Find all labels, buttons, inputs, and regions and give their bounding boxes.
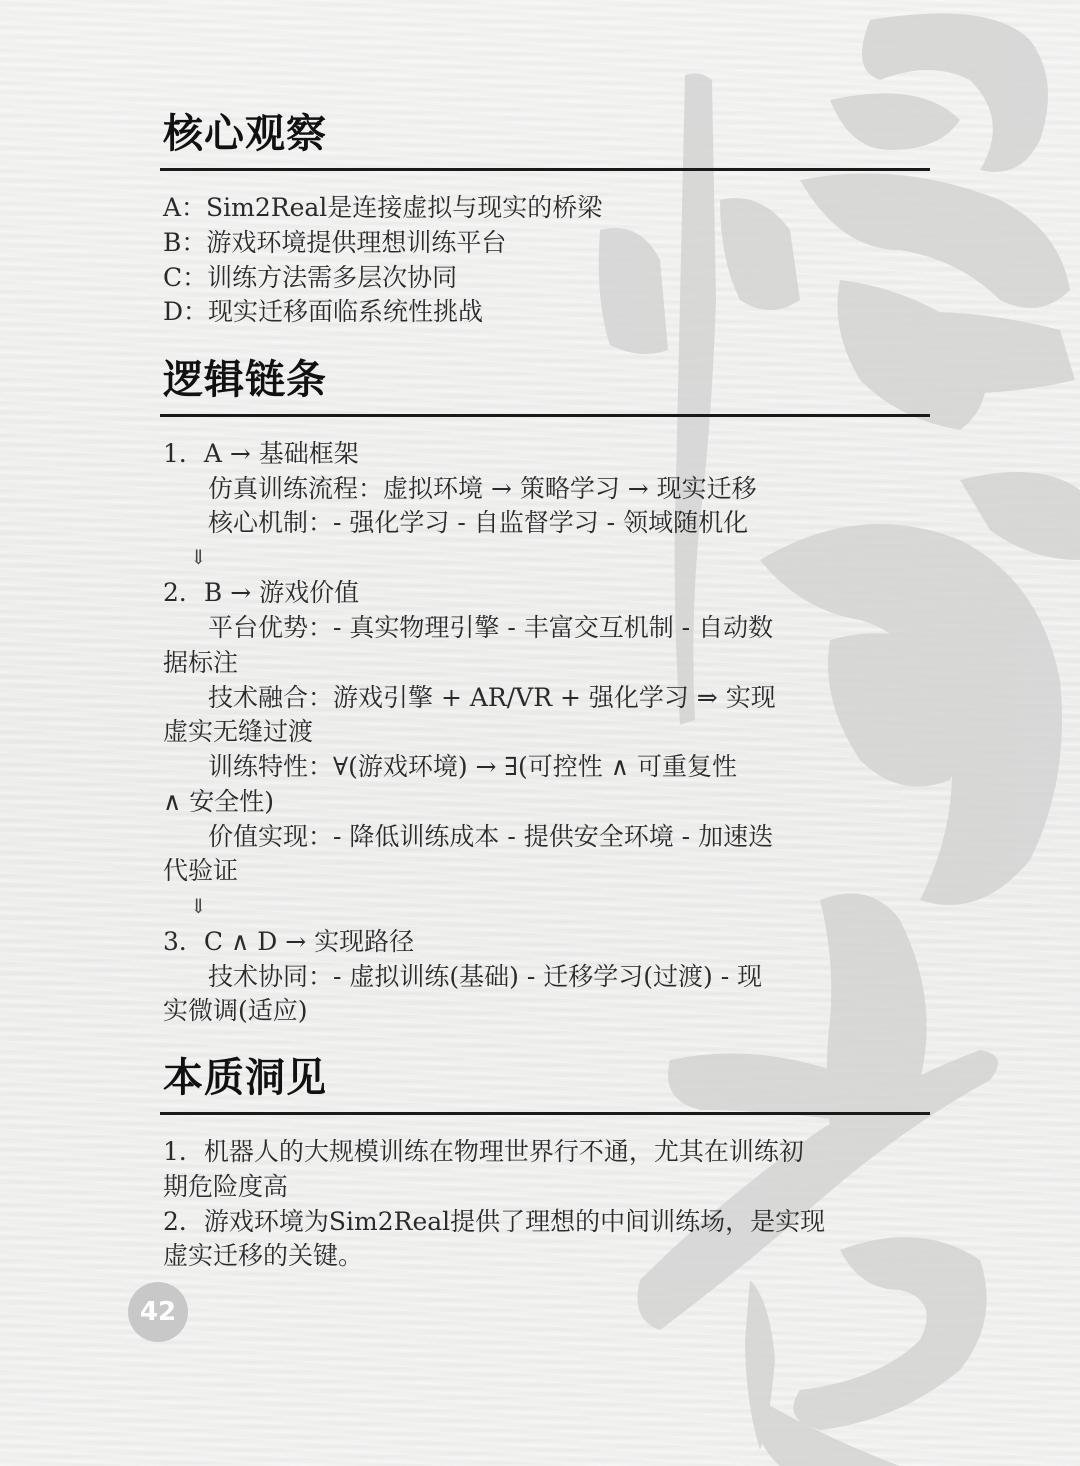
insight-2-cont: 虚实迁移的关键。: [163, 1243, 363, 1268]
page-number-badge: 42: [128, 1282, 188, 1342]
down-arrow-icon: ⇓: [190, 547, 207, 567]
section-divider: [160, 168, 930, 171]
insight-2: 2．游戏环境为Sim2Real提供了理想的中间训练场，是实现: [163, 1209, 825, 1234]
section-divider: [160, 1112, 930, 1115]
logic-step-1-mechanism: 核心机制：- 强化学习 - 自监督学习 - 领域随机化: [208, 510, 748, 535]
logic-step-2-traits-cont: ∧ 安全性): [163, 789, 274, 814]
section-title-logic-chain: 逻辑链条: [163, 360, 327, 400]
down-arrow-icon: ⇓: [190, 896, 207, 916]
logic-step-2-platform-cont: 据标注: [163, 650, 238, 675]
logic-step-2-platform: 平台优势：- 真实物理引擎 - 丰富交互机制 - 自动数: [208, 615, 773, 640]
logic-step-2-value-cont: 代验证: [163, 858, 238, 883]
section-title-essential-insight: 本质洞见: [163, 1058, 327, 1098]
logic-step-3-heading: 3．C ∧ D → 实现路径: [163, 929, 414, 954]
insight-1-cont: 期危险度高: [163, 1174, 288, 1199]
section-divider: [160, 414, 930, 417]
logic-step-2-value: 价值实现：- 降低训练成本 - 提供安全环境 - 加速迭: [208, 824, 773, 849]
logic-step-2-heading: 2．B → 游戏价值: [163, 580, 359, 605]
logic-step-2-fusion-cont: 虚实无缝过渡: [163, 719, 313, 744]
logic-step-2-traits: 训练特性：∀(游戏环境) → ∃(可控性 ∧ 可重复性: [208, 754, 737, 779]
section-title-core-observation: 核心观察: [163, 114, 327, 154]
logic-step-1-heading: 1．A → 基础框架: [163, 441, 359, 466]
logic-step-3-synergy: 技术协同：- 虚拟训练(基础) - 迁移学习(过渡) - 现: [208, 964, 762, 989]
logic-step-3-synergy-cont: 实微调(适应): [163, 998, 308, 1023]
observation-item-c: C：训练方法需多层次协同: [163, 265, 457, 290]
observation-item-b: B：游戏环境提供理想训练平台: [163, 230, 506, 255]
observation-item-a: A：Sim2Real是连接虚拟与现实的桥梁: [163, 195, 602, 220]
logic-step-2-fusion: 技术融合：游戏引擎 + AR/VR + 强化学习 ⇒ 实现: [208, 685, 776, 710]
observation-item-d: D：现实迁移面临系统性挑战: [163, 299, 483, 324]
insight-1: 1．机器人的大规模训练在物理世界行不通，尤其在训练初: [163, 1139, 804, 1164]
logic-step-1-flow: 仿真训练流程：虚拟环境 → 策略学习 → 现实迁移: [208, 476, 757, 501]
